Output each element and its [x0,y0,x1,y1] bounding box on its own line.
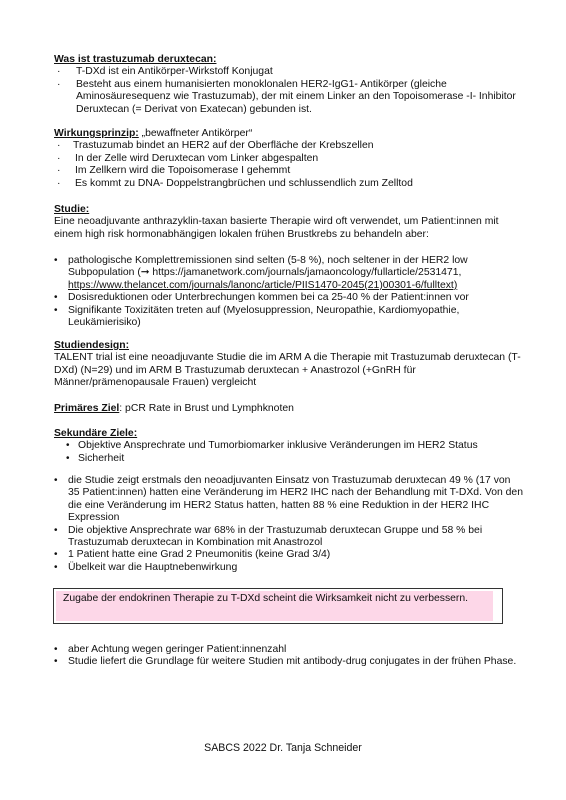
bullet-marker: • [54,255,58,267]
list-item: •aber Achtung wegen geringer Patient:inn… [54,644,524,656]
section-heading: Was ist trastuzumab deruxtecan: [54,54,524,66]
section-secondary-goals: Sekundäre Ziele: •Objektive Ansprechrate… [54,428,524,465]
list-item: •1 Patient hatte eine Grad 2 Pneumonitis… [54,549,524,561]
dot-marker: · [57,79,60,91]
bullet-marker: • [54,656,58,668]
bullet-marker: • [54,644,58,656]
list-item: •Signifikante Toxizitäten treten auf (My… [54,305,524,330]
section-mechanism: Wirkungsprinzip: „bewaffneter Antikörper… [54,128,524,190]
list-item: ·Trastuzumab bindet an HER2 auf der Ober… [54,140,524,152]
dot-marker: · [57,66,60,78]
bullet-marker: • [54,305,58,317]
document-page: Was ist trastuzumab deruxtecan: ·T-DXd i… [0,0,566,800]
section-study-design: Studiendesign: TALENT trial ist eine neo… [54,340,524,390]
section-heading: Primäres Ziel [54,403,119,414]
bullet-marker: • [54,549,58,561]
section-heading: Sekundäre Ziele: [54,428,524,440]
section-heading: Studiendesign: [54,340,524,352]
heading-suffix: „bewaffneter Antikörper“ [139,128,253,139]
section-primary-goal: Primäres Ziel: pCR Rate in Brust und Lym… [54,403,524,415]
study-issues: •pathologische Komplettremissionen sind … [54,255,524,329]
dot-marker: · [57,165,60,177]
primary-goal-text: : pCR Rate in Brust und Lymphknoten [119,403,294,414]
conclusion: •aber Achtung wegen geringer Patient:inn… [54,644,524,669]
section-heading: Studie: [54,204,524,216]
definition-list: ·T-DXd ist ein Antikörper-Wirkstoff Konj… [54,66,524,116]
bullet-marker: • [66,453,70,465]
list-item: •Sicherheit [66,453,524,465]
results: •die Studie zeigt erstmals den neoadjuva… [54,475,524,574]
section-study: Studie: Eine neoadjuvante anthrazyklin-t… [54,204,524,241]
bullet-marker: • [54,292,58,304]
section-what-is: Was ist trastuzumab deruxtecan: ·T-DXd i… [54,54,524,116]
page-footer: SABCS 2022 Dr. Tanja Schneider [0,742,566,754]
lancet-link[interactable]: https://www.thelancet.com/journals/lanon… [68,280,457,291]
section-heading-line: Wirkungsprinzip: „bewaffneter Antikörper… [54,128,524,140]
list-item: •Objektive Ansprechrate und Tumorbiomark… [66,440,524,452]
highlight-box: Zugabe der endokrinen Therapie zu T-DXd … [53,588,503,624]
list-item: ·Besteht aus einem humanisierten monoklo… [54,79,524,116]
secondary-goals-list: •Objektive Ansprechrate und Tumorbiomark… [54,440,524,465]
list-item: •Studie liefert die Grundlage für weiter… [54,656,524,668]
list-item: •Die objektive Ansprechrate war 68% in d… [54,525,524,550]
bullet-marker: • [54,475,58,487]
list-item: ·T-DXd ist ein Antikörper-Wirkstoff Konj… [54,66,524,78]
study-intro: Eine neoadjuvante anthrazyklin-taxan bas… [54,216,524,241]
conclusion-list: •aber Achtung wegen geringer Patient:inn… [54,644,524,669]
study-design-text: TALENT trial ist eine neoadjuvante Studi… [54,352,524,389]
bullet-marker: • [54,525,58,537]
list-item: •Dosisreduktionen oder Unterbrechungen k… [54,292,524,304]
mechanism-list: ·Trastuzumab bindet an HER2 auf der Ober… [54,140,524,190]
list-item: ·Im Zellkern wird die Topoisomerase I ge… [54,165,524,177]
list-item: •die Studie zeigt erstmals den neoadjuva… [54,475,524,525]
list-item: ·Es kommt zu DNA- Doppelstrangbrüchen un… [54,178,524,190]
dot-marker: · [57,178,60,190]
issues-list: •pathologische Komplettremissionen sind … [54,255,524,329]
section-heading: Wirkungsprinzip: [54,128,139,139]
bullet-marker: • [66,440,70,452]
list-item: •pathologische Komplettremissionen sind … [54,255,524,292]
bullet-marker: • [54,562,58,574]
dot-marker: · [57,140,60,152]
results-list: •die Studie zeigt erstmals den neoadjuva… [54,475,524,574]
highlight-text: Zugabe der endokrinen Therapie zu T-DXd … [63,593,468,605]
dot-marker: · [57,153,60,165]
list-item: •Übelkeit war die Hauptnebenwirkung [54,562,524,574]
list-item: ·In der Zelle wird Deruxtecan vom Linker… [54,153,524,165]
